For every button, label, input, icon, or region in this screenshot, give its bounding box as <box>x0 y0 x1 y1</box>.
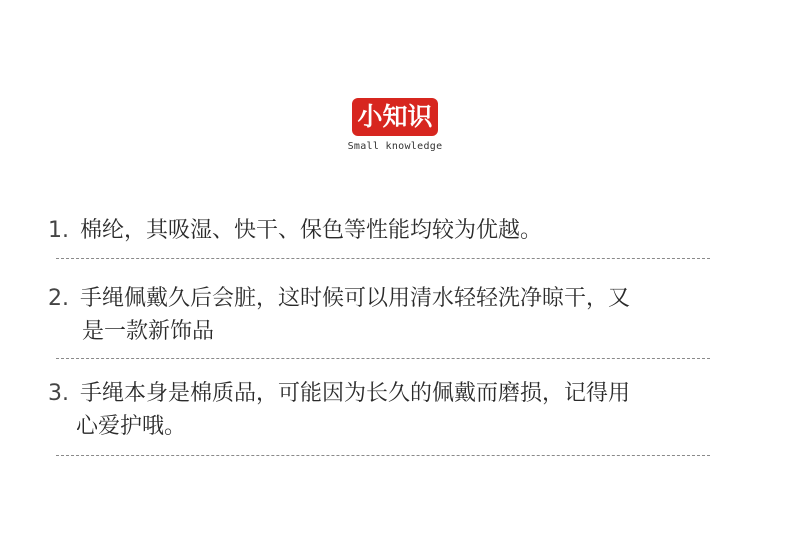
tip-text: 1.棉纶，其吸湿、快干、保色等性能均较为优越。 <box>48 214 713 247</box>
tip-number: 3. <box>48 377 80 410</box>
tip-number: 1. <box>48 214 80 247</box>
tip-line-1: 棉纶，其吸湿、快干、保色等性能均较为优越。 <box>80 218 542 243</box>
tip-item: 1.棉纶，其吸湿、快干、保色等性能均较为优越。 <box>48 214 713 259</box>
tip-line-2: 是一款新饰品 <box>48 315 713 348</box>
tip-line-1: 手绳佩戴久后会脏，这时候可以用清水轻轻洗净晾干，又 <box>80 286 630 311</box>
tips-list: 1.棉纶，其吸湿、快干、保色等性能均较为优越。 2.手绳佩戴久后会脏，这时候可以… <box>48 214 713 456</box>
tip-item: 3.手绳本身是棉质品，可能因为长久的佩戴而磨损，记得用 心爱护哦。 <box>48 377 713 456</box>
tip-item: 2.手绳佩戴久后会脏，这时候可以用清水轻轻洗净晾干，又 是一款新饰品 <box>48 282 713 359</box>
knowledge-subtitle: Small knowledge <box>0 141 790 152</box>
dashed-divider <box>56 358 710 359</box>
knowledge-header: 小知识 Small knowledge <box>0 98 790 152</box>
dashed-divider <box>56 455 710 456</box>
dashed-divider <box>56 258 710 259</box>
tip-line-1: 手绳本身是棉质品，可能因为长久的佩戴而磨损，记得用 <box>80 381 630 406</box>
knowledge-badge: 小知识 <box>352 98 437 136</box>
tip-text: 2.手绳佩戴久后会脏，这时候可以用清水轻轻洗净晾干，又 是一款新饰品 <box>48 282 713 348</box>
tip-line-2: 心爱护哦。 <box>48 410 713 443</box>
tip-number: 2. <box>48 282 80 315</box>
tip-text: 3.手绳本身是棉质品，可能因为长久的佩戴而磨损，记得用 心爱护哦。 <box>48 377 713 443</box>
